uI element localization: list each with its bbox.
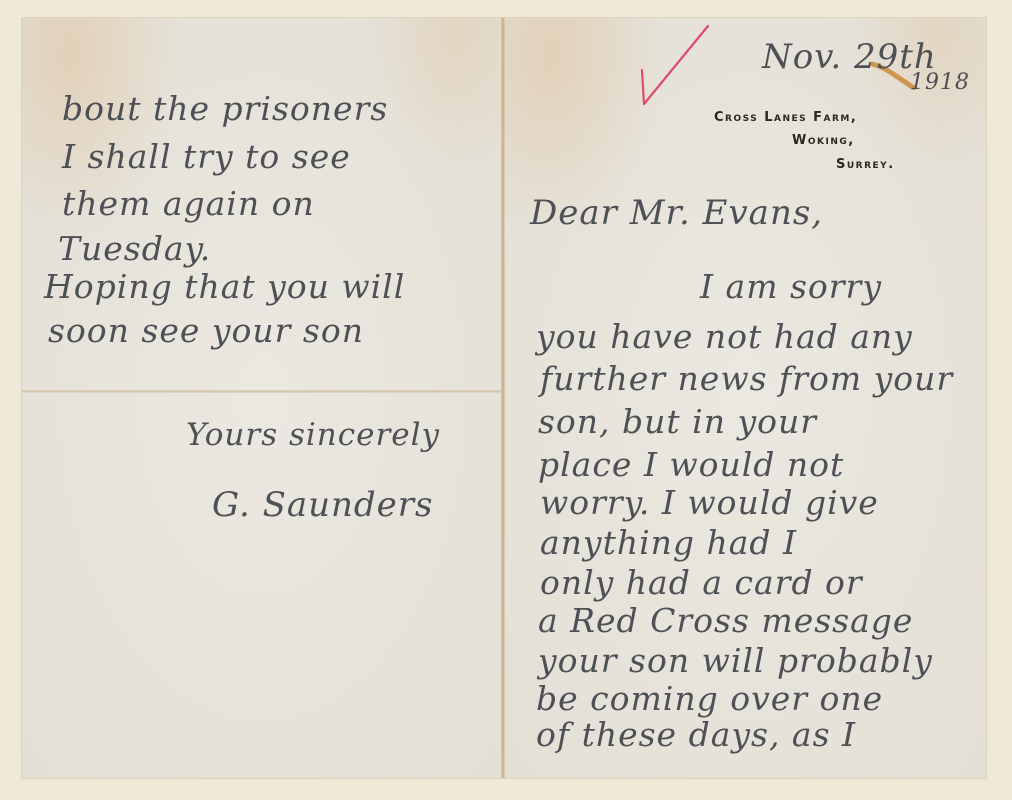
- left-line-6: soon see your son: [48, 314, 364, 347]
- right-line-5: place I would not: [538, 448, 844, 481]
- signature: G. Saunders: [212, 488, 434, 522]
- right-line-7: anything had I: [540, 526, 797, 559]
- letterhead-line-2: Woking,: [792, 133, 855, 148]
- closing: Yours sincerely: [186, 420, 440, 451]
- salutation: Dear Mr. Evans,: [530, 196, 823, 230]
- horizontal-fold: [22, 390, 502, 393]
- right-line-3: further news from your: [540, 362, 953, 395]
- left-line-1: bout the prisoners: [62, 92, 388, 125]
- right-line-9: a Red Cross message: [538, 604, 913, 637]
- check-mark-icon: [636, 22, 716, 108]
- date-line: Nov. 29th: [762, 40, 937, 74]
- right-line-8: only had a card or: [540, 566, 863, 599]
- letterhead-line-1: Cross Lanes Farm,: [714, 110, 857, 125]
- left-line-5: Hoping that you will: [44, 270, 405, 303]
- right-line-1: I am sorry: [700, 270, 882, 303]
- left-line-3: them again on: [62, 187, 315, 220]
- left-line-2: I shall try to see: [62, 140, 351, 173]
- left-line-4: Tuesday.: [58, 232, 211, 265]
- right-line-10: your son will probably: [538, 644, 933, 677]
- letterhead-line-3: Surrey.: [836, 157, 895, 172]
- right-line-11: be coming over one: [536, 682, 883, 715]
- date-year: 1918: [910, 72, 970, 94]
- right-line-2: you have not had any: [536, 320, 913, 353]
- right-line-6: worry. I would give: [540, 486, 879, 519]
- left-page: [22, 18, 502, 778]
- right-line-4: son, but in your: [538, 405, 817, 438]
- center-fold: [501, 18, 505, 778]
- right-line-12: of these days, as I: [536, 718, 856, 751]
